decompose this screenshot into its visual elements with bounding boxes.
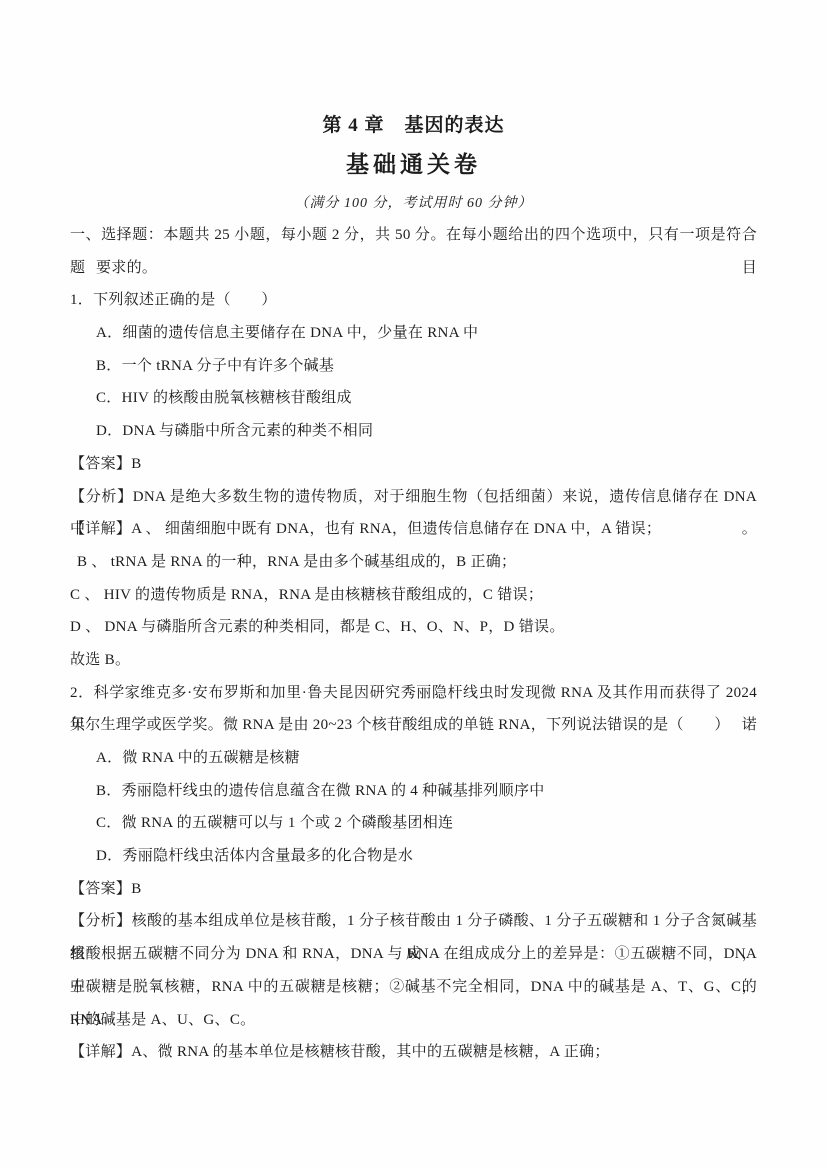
question-1-analysis: 【分析】DNA 是绝大多数生物的遗传物质，对于细胞生物（包括细菌）来说，遗传信息… (70, 481, 757, 514)
question-2-analysis-line-4: 中的碱基是 A、U、G、C。 (70, 1004, 757, 1037)
exam-note: （满分 100 分，考试用时 60 分钟） (0, 192, 827, 212)
exam-document-page: 第 4 章 基因的表达 基础通关卷 （满分 100 分，考试用时 60 分钟） … (0, 0, 827, 1169)
question-2-option-b: B．秀丽隐杆线虫的遗传信息蕴含在微 RNA 的 4 种碱基排列顺序中 (70, 775, 757, 808)
question-2-stem-line-2: 贝尔生理学或医学奖。微 RNA 是由 20~23 个核苷酸组成的单链 RNA，下… (70, 709, 757, 742)
question-2-stem-line-1: 2．科学家维克多·安布罗斯和加里·鲁夫昆因研究秀丽隐杆线虫时发现微 RNA 及其… (70, 677, 757, 710)
question-1-option-a: A．细菌的遗传信息主要储存在 DNA 中，少量在 RNA 中 (70, 317, 757, 350)
question-2-detail-a: 【详解】A、微 RNA 的基本单位是核糖核苷酸，其中的五碳糖是核糖，A 正确； (70, 1036, 757, 1069)
question-1-answer: 【答案】B (70, 448, 757, 481)
exam-body: 一、选择题：本题共 25 小题，每小题 2 分，共 50 分。在每小题给出的四个… (70, 219, 757, 1069)
question-1-detail-b: B 、 tRNA 是 RNA 的一种，RNA 是由多个碱基组成的，B 正确； (70, 546, 757, 579)
question-2-answer: 【答案】B (70, 873, 757, 906)
question-1-option-b: B．一个 tRNA 分子中有许多个碱基 (70, 350, 757, 383)
question-1-detail-a: 【详解】A 、 细菌细胞中既有 DNA，也有 RNA，但遗传信息储存在 DNA … (70, 513, 757, 546)
question-1-detail-c: C 、 HIV 的遗传物质是 RNA，RNA 是由核糖核苷酸组成的，C 错误； (70, 579, 757, 612)
question-2-analysis-line-1: 【分析】核酸的基本组成单位是核苷酸，1 分子核苷酸由 1 分子磷酸、1 分子五碳… (70, 905, 757, 938)
question-2-option-c: C．微 RNA 的五碳糖可以与 1 个或 2 个磷酸基团相连 (70, 807, 757, 840)
chapter-title: 第 4 章 基因的表达 (0, 110, 827, 137)
section-header-line-1: 一、选择题：本题共 25 小题，每小题 2 分，共 50 分。在每小题给出的四个… (70, 219, 757, 252)
question-1-stem: 1．下列叙述正确的是（ ） (70, 284, 757, 317)
question-2-option-d: D．秀丽隐杆线虫活体内含量最多的化合物是水 (70, 840, 757, 873)
question-1-option-c: C．HIV 的核酸由脱氧核糖核苷酸组成 (70, 382, 757, 415)
question-2-option-a: A．微 RNA 中的五碳糖是核糖 (70, 742, 757, 775)
question-1-conclusion: 故选 B。 (70, 644, 757, 677)
question-2-analysis-line-2: 核酸根据五碳糖不同分为 DNA 和 RNA，DNA 与 RNA 在组成成分上的差… (70, 938, 757, 971)
question-2-analysis-line-3: 五碳糖是脱氧核糖，RNA 中的五碳糖是核糖；②碱基不完全相同，DNA 中的碱基是… (70, 971, 757, 1004)
paper-title: 基础通关卷 (0, 146, 827, 179)
question-1-detail-d: D 、 DNA 与磷脂所含元素的种类相同，都是 C、H、O、N、P，D 错误。 (70, 611, 757, 644)
question-1-option-d: D．DNA 与磷脂中所含元素的种类不相同 (70, 415, 757, 448)
